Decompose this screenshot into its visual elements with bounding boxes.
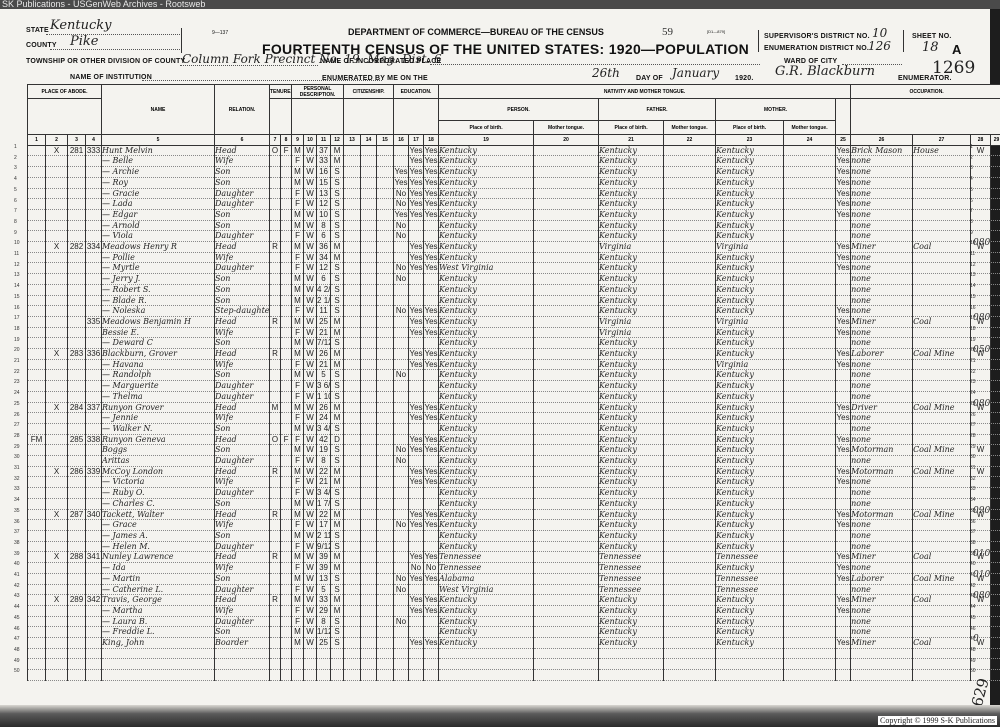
cell-natyear [377, 381, 394, 392]
cell-read: Yes [409, 445, 424, 456]
line-number: 13 [14, 272, 20, 278]
line-number-right: 50 [970, 668, 976, 674]
cell-relation: Head [215, 402, 270, 413]
cell-write: Yes [424, 199, 439, 210]
cell-marital: M [331, 477, 344, 488]
cell-farm [991, 370, 1000, 381]
cell-family [86, 177, 102, 188]
cell-mbirth: Kentucky [716, 498, 784, 509]
cell-farm [991, 638, 1000, 649]
cell-english: Yes [836, 316, 851, 327]
cell-mtongue [784, 466, 836, 477]
cell-mtongue [784, 616, 836, 627]
cell-sex: M [292, 349, 304, 360]
cell-ftongue [664, 231, 716, 242]
cell-family [86, 209, 102, 220]
cell-mbirth: Kentucky [716, 252, 784, 263]
cell-natur [361, 274, 377, 285]
cell-mort [281, 659, 292, 670]
cell-sex [292, 670, 304, 681]
cell-immig [344, 338, 361, 349]
cell-write: Yes [424, 434, 439, 445]
cell-write [424, 627, 439, 638]
cell-mort [281, 616, 292, 627]
table-row: X288341Nunley LawrenceHeadRMW39MYesYesTe… [28, 552, 1000, 563]
cell-sex [292, 659, 304, 670]
cell-fbirth: Kentucky [599, 359, 664, 370]
cell-natyear [377, 648, 394, 659]
cell-fbirth: Kentucky [599, 434, 664, 445]
enumerated-year: 1920. [735, 75, 754, 82]
cell-mtongue [784, 242, 836, 253]
cell-dwelling: 283 [68, 349, 86, 360]
cell-industry [913, 563, 971, 574]
cell-dwelling [68, 638, 86, 649]
line-number: 25 [14, 401, 20, 407]
cell-mbirth [716, 648, 784, 659]
cell-name [102, 659, 215, 670]
cell-mbirth: Kentucky [716, 627, 784, 638]
cell-sex: M [292, 552, 304, 563]
cell-industry [913, 531, 971, 542]
cell-industry [913, 199, 971, 210]
cell-mort [281, 370, 292, 381]
cell-school [394, 509, 409, 520]
cell-relation: Boarder [215, 638, 270, 649]
cell-sex: F [292, 520, 304, 531]
cell-school [394, 670, 409, 681]
cell-fbirth: Kentucky [599, 156, 664, 167]
cell-trade: none [851, 306, 913, 317]
line-number-right: 12 [970, 262, 976, 268]
cell-mbirth: Kentucky [716, 199, 784, 210]
cell-age: 15 [317, 177, 331, 188]
cell-read: Yes [409, 209, 424, 220]
cell-street [28, 391, 46, 402]
cell-school: No [394, 370, 409, 381]
column-number: 11 [317, 135, 331, 146]
cell-mbirth: Kentucky [716, 263, 784, 274]
cell-relation: Step-daughter [215, 306, 270, 317]
cell-street [28, 552, 46, 563]
cell-age: 1 7/12 [317, 498, 331, 509]
cell-mbirth: Kentucky [716, 349, 784, 360]
cell-race: W [304, 563, 317, 574]
cell-mtongue [784, 595, 836, 606]
cell-house [46, 177, 68, 188]
cell-age: 39 [317, 563, 331, 574]
cell-fbirth: Kentucky [599, 295, 664, 306]
cell-relation: Daughter [215, 616, 270, 627]
column-number: 18 [424, 135, 439, 146]
cell-street [28, 509, 46, 520]
cell-birth: Kentucky [439, 199, 534, 210]
cell-fbirth: Kentucky [599, 531, 664, 542]
cell-immig [344, 423, 361, 434]
cell-english [836, 370, 851, 381]
cell-write: Yes [424, 145, 439, 156]
table-row [28, 670, 1000, 681]
cell-natyear [377, 477, 394, 488]
cell-dwelling [68, 188, 86, 199]
cell-house [46, 531, 68, 542]
cell-race: W [304, 638, 317, 649]
cell-house [46, 627, 68, 638]
cell-birth: Kentucky [439, 231, 534, 242]
cell-tongue [534, 413, 599, 424]
line-number: 28 [14, 433, 20, 439]
cell-age: 37 [317, 145, 331, 156]
cell-birth: Kentucky [439, 242, 534, 253]
cell-immig [344, 595, 361, 606]
cell-relation: Daughter [215, 188, 270, 199]
cell-house [46, 295, 68, 306]
cell-family [86, 488, 102, 499]
cell-school [394, 477, 409, 488]
cell-mbirth: Kentucky [716, 466, 784, 477]
cell-immig [344, 252, 361, 263]
cell-write [424, 220, 439, 231]
cell-relation: Son [215, 627, 270, 638]
cell-ftongue [664, 306, 716, 317]
table-row: X281333Hunt MelvinHeadOFMW37MYesYesKentu… [28, 145, 1000, 156]
cell-write [424, 338, 439, 349]
column-number: 15 [377, 135, 394, 146]
cell-tongue [534, 638, 599, 649]
cell-own [270, 338, 281, 349]
cell-natur [361, 531, 377, 542]
cell-age: 13 [317, 573, 331, 584]
cell-street [28, 327, 46, 338]
cell-mort [281, 220, 292, 231]
sheet-side: A [952, 42, 961, 57]
cell-mbirth: Kentucky [716, 520, 784, 531]
cell-birth: Kentucky [439, 145, 534, 156]
cell-farm: 29 [991, 434, 1000, 445]
cell-mort [281, 349, 292, 360]
cell-industry: Coal [913, 242, 971, 253]
line-number-right: 42 [970, 583, 976, 589]
cell-own [270, 327, 281, 338]
cell-mbirth: Tennessee [716, 584, 784, 595]
cell-industry: Coal [913, 638, 971, 649]
cell-natyear [377, 199, 394, 210]
cell-english: Yes [836, 413, 851, 424]
line-number-right: 46 [970, 626, 976, 632]
cell-ftongue [664, 488, 716, 499]
column-number: 10 [304, 135, 317, 146]
cell-fbirth: Kentucky [599, 199, 664, 210]
cell-write: Yes [424, 156, 439, 167]
cell-trade: Miner [851, 316, 913, 327]
cell-mtongue [784, 188, 836, 199]
cell-natyear [377, 402, 394, 413]
cell-mbirth: Kentucky [716, 381, 784, 392]
cell-age: 26 [317, 402, 331, 413]
cell-race: W [304, 381, 317, 392]
cell-write [424, 531, 439, 542]
cell-class [971, 156, 991, 167]
cell-english: Yes [836, 563, 851, 574]
cell-birth: Kentucky [439, 616, 534, 627]
cell-read [409, 498, 424, 509]
cell-english [836, 531, 851, 542]
cell-house [46, 209, 68, 220]
cell-natyear [377, 284, 394, 295]
cell-industry [913, 209, 971, 220]
cell-class [971, 167, 991, 178]
cell-birth: Kentucky [439, 605, 534, 616]
cell-read: Yes [409, 520, 424, 531]
cell-school [394, 145, 409, 156]
cell-sex: M [292, 498, 304, 509]
cell-sex: M [292, 370, 304, 381]
cell-read [409, 338, 424, 349]
cell-own [270, 616, 281, 627]
cell-marital: M [331, 509, 344, 520]
cell-family [86, 167, 102, 178]
cell-mort [281, 605, 292, 616]
cell-write: Yes [424, 188, 439, 199]
cell-relation [215, 659, 270, 670]
cell-sex: M [292, 316, 304, 327]
cell-house [46, 563, 68, 574]
cell-school: No [394, 263, 409, 274]
line-number: 26 [14, 412, 20, 418]
table-row: — HavanaWifeFW21MYesYesKentuckyKentuckyV… [28, 359, 1000, 370]
line-number-right: 16 [970, 305, 976, 311]
table-row: — Charles C.SonMW1 7/12SKentuckyKentucky… [28, 498, 1000, 509]
cell-english: Yes [836, 167, 851, 178]
cell-race: W [304, 284, 317, 295]
line-number-right: 14 [970, 283, 976, 289]
cell-street [28, 605, 46, 616]
cell-age: 5 [317, 584, 331, 595]
cell-house [46, 498, 68, 509]
cell-tongue [534, 370, 599, 381]
cell-read [409, 627, 424, 638]
cell-street [28, 274, 46, 285]
cell-name: — Freddie L. [102, 627, 215, 638]
cell-mort [281, 242, 292, 253]
cell-street [28, 338, 46, 349]
cell-immig [344, 434, 361, 445]
line-number: 24 [14, 390, 20, 396]
cell-house [46, 263, 68, 274]
cell-english: Yes [836, 445, 851, 456]
cell-mtongue [784, 552, 836, 563]
cell-natur [361, 552, 377, 563]
cell-school: No [394, 520, 409, 531]
cell-trade: none [851, 605, 913, 616]
cell-street [28, 359, 46, 370]
cell-age: 6 [317, 274, 331, 285]
cell-race: W [304, 445, 317, 456]
cell-mbirth: Kentucky [716, 456, 784, 467]
cell-race: W [304, 498, 317, 509]
cell-school: No [394, 584, 409, 595]
line-number-right: 6 [970, 198, 973, 204]
cell-write: Yes [424, 177, 439, 188]
cell-sex: M [292, 466, 304, 477]
line-number: 47 [14, 636, 20, 642]
cell-industry [913, 284, 971, 295]
cell-fbirth: Kentucky [599, 498, 664, 509]
cell-fbirth: Kentucky [599, 188, 664, 199]
cell-read: Yes [409, 552, 424, 563]
cell-natur [361, 605, 377, 616]
enumeration-district: 126 [868, 39, 891, 53]
cell-name: — Deward C [102, 338, 215, 349]
cell-birth: Kentucky [439, 252, 534, 263]
cell-farm [991, 605, 1000, 616]
cell-tongue [534, 488, 599, 499]
cell-birth: Kentucky [439, 220, 534, 231]
cell-school [394, 552, 409, 563]
cell-race: W [304, 274, 317, 285]
cell-family [86, 541, 102, 552]
cell-dwelling [68, 498, 86, 509]
cell-natyear [377, 605, 394, 616]
cell-read: No [409, 563, 424, 574]
cell-mbirth: Kentucky [716, 595, 784, 606]
cell-race: W [304, 402, 317, 413]
cell-mbirth: Kentucky [716, 563, 784, 574]
cell-farm: 29 [991, 423, 1000, 434]
cell-own [270, 584, 281, 595]
cell-natyear [377, 498, 394, 509]
cell-sex: M [292, 573, 304, 584]
line-number-right: 40 [970, 561, 976, 567]
cell-sex: M [292, 242, 304, 253]
cell-mbirth: Kentucky [716, 616, 784, 627]
column-number: 28 [971, 135, 991, 146]
cell-trade: none [851, 284, 913, 295]
page-stamp: 59 [662, 26, 673, 38]
cell-birth: Kentucky [439, 177, 534, 188]
cell-mort [281, 188, 292, 199]
cell-class [971, 220, 991, 231]
cell-house: X [46, 595, 68, 606]
cell-industry: Coal [913, 552, 971, 563]
cell-dwelling: 285 [68, 434, 86, 445]
cell-family [86, 477, 102, 488]
line-number: 49 [14, 658, 20, 664]
cell-tongue [534, 434, 599, 445]
table-row: — JennieWifeFW24MYesYesKentuckyKentuckyK… [28, 413, 1000, 424]
cell-mtongue [784, 359, 836, 370]
cell-trade: none [851, 423, 913, 434]
cell-dwelling [68, 295, 86, 306]
cell-class [971, 199, 991, 210]
cell-english: Yes [836, 349, 851, 360]
cell-read [409, 370, 424, 381]
cell-own [270, 295, 281, 306]
cell-natur [361, 316, 377, 327]
cell-fbirth: Kentucky [599, 145, 664, 156]
cell-family [86, 531, 102, 542]
cell-birth: Kentucky [439, 295, 534, 306]
cell-natyear [377, 573, 394, 584]
cell-race: W [304, 242, 317, 253]
county-label: COUNTY [26, 42, 57, 49]
cell-immig [344, 145, 361, 156]
cell-natur [361, 445, 377, 456]
line-number-right: 36 [970, 519, 976, 525]
cell-birth: Kentucky [439, 423, 534, 434]
cell-marital: M [331, 605, 344, 616]
margin-number-top: 1269 [932, 58, 975, 78]
cell-ftongue [664, 498, 716, 509]
table-row: — Deward CSonMW7/12SKentuckyKentuckyKent… [28, 338, 1000, 349]
cell-tongue [534, 381, 599, 392]
cell-mtongue [784, 531, 836, 542]
line-number-right: 18 [970, 326, 976, 332]
table-row: — ViolaDaughterFW6SNoKentuckyKentuckyKen… [28, 231, 1000, 242]
cell-relation: Daughter [215, 263, 270, 274]
cell-read [409, 381, 424, 392]
cell-ftongue [664, 284, 716, 295]
cell-trade: none [851, 231, 913, 242]
cell-natur [361, 242, 377, 253]
cell-natyear [377, 659, 394, 670]
cell-read: Yes [409, 167, 424, 178]
cell-school [394, 338, 409, 349]
cell-mort [281, 627, 292, 638]
cell-english: Yes [836, 477, 851, 488]
cell-mtongue [784, 381, 836, 392]
cell-age: 17 [317, 520, 331, 531]
cell-birth: Kentucky [439, 402, 534, 413]
cell-english: Yes [836, 145, 851, 156]
cell-mbirth: Kentucky [716, 477, 784, 488]
cell-mbirth: Kentucky [716, 402, 784, 413]
cell-relation: Son [215, 177, 270, 188]
cell-school [394, 638, 409, 649]
cell-mort [281, 456, 292, 467]
cell-family [86, 648, 102, 659]
cell-read: Yes [409, 306, 424, 317]
cell-relation: Head [215, 434, 270, 445]
cell-tongue [534, 263, 599, 274]
cell-family: 339 [86, 466, 102, 477]
cell-read: Yes [409, 402, 424, 413]
cell-school [394, 659, 409, 670]
cell-race: W [304, 520, 317, 531]
cell-fbirth: Kentucky [599, 231, 664, 242]
table-row: X286339McCoy LondonHeadRMW22MYesYesKentu… [28, 466, 1000, 477]
cell-trade: none [851, 627, 913, 638]
cell-english: Yes [836, 209, 851, 220]
line-number-right: 37 [970, 529, 976, 535]
cell-immig [344, 648, 361, 659]
cell-mort [281, 359, 292, 370]
cell-class [971, 188, 991, 199]
cell-name: — Catherine L. [102, 584, 215, 595]
cell-immig [344, 349, 361, 360]
cell-natyear [377, 220, 394, 231]
line-number-right: 48 [970, 647, 976, 653]
cell-mbirth: Kentucky [716, 531, 784, 542]
cell-ftongue [664, 595, 716, 606]
cell-house [46, 413, 68, 424]
cell-mtongue [784, 167, 836, 178]
cell-write: Yes [424, 252, 439, 263]
cell-race: W [304, 531, 317, 542]
header-mother: MOTHER. [716, 99, 836, 121]
cell-mbirth: Kentucky [716, 156, 784, 167]
cell-natur [361, 466, 377, 477]
